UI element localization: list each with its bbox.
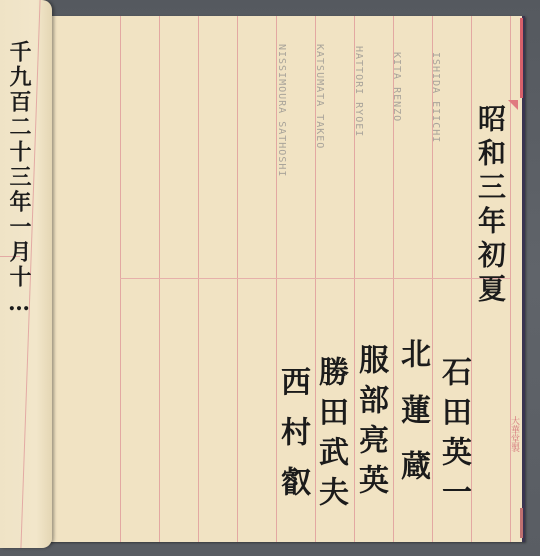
red-page-edge: [520, 18, 523, 98]
name-kita-renzo: 北蓮蔵: [390, 338, 434, 506]
rule-line: [198, 16, 199, 542]
pencil-name-hattori: HATTORI RYOEI: [353, 46, 364, 137]
rule-line: [120, 16, 121, 542]
rule-line: [159, 16, 160, 542]
rule-line: [510, 16, 511, 542]
pencil-name-nissimoura: NISSIMOURA SATHOSHI: [276, 44, 287, 177]
name-nishimura-satoshi: 西村叡: [270, 366, 314, 516]
publisher-stamp: 大華堂製: [508, 416, 521, 452]
name-ishida-eiichi: 石田英一: [431, 356, 475, 516]
rule-line: [237, 16, 238, 542]
red-page-edge: [520, 508, 523, 538]
pencil-name-katsumata: KATSUMATA TAKEO: [314, 44, 325, 149]
pencil-name-ishida: ISHIDA EIICHI: [430, 52, 441, 143]
name-hattori-ryoei: 服部亮英: [348, 344, 392, 504]
left-page-date-text: 千九百二十三年一月十…: [4, 40, 35, 319]
name-katsumata-takeo: 勝田武夫: [308, 356, 352, 516]
pencil-name-kita: KITA RENZO: [391, 52, 402, 122]
horizontal-rule: [120, 278, 510, 279]
right-ledger-page: ISHIDA EIICHI KITA RENZO HATTORI RYOEI K…: [38, 16, 525, 542]
heading-showa-year: 昭和三年初夏: [470, 104, 510, 308]
left-ledger-page: 千九百二十三年一月十…: [0, 0, 52, 548]
